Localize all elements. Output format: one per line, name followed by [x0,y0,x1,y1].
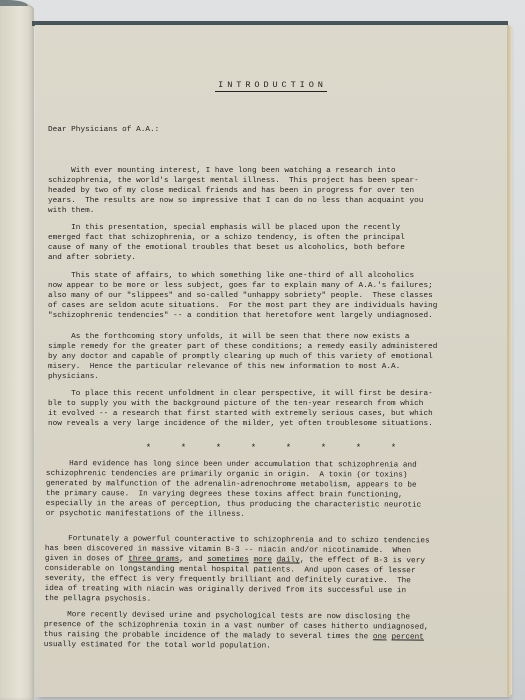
document-page: INTRODUCTION Dear Physicians of A.A.: Wi… [35,25,507,697]
paragraph: Fortunately a powerful counteractive to … [45,534,485,607]
separator-star: * [271,443,306,453]
paragraph: More recently devised urine and psycholo… [44,610,484,653]
paragraph: As the forthcoming story unfolds, it wil… [48,332,488,382]
separator-star: * [236,443,271,453]
paragraph: To place this recent unfoldment in clear… [48,389,488,429]
page-title: INTRODUCTION [35,80,507,90]
separator-star: * [341,443,376,453]
underlined-text: daily [277,557,300,565]
paragraph: With ever mounting interest, I have long… [48,166,488,216]
salutation: Dear Physicians of A.A.: [48,125,488,135]
separator-star: * [376,443,411,453]
separator-star: * [131,443,166,453]
paragraph: Hard evidence has long since been under … [46,459,486,521]
underlined-text: percent [391,634,424,642]
paragraph: In this presentation, special emphasis w… [48,223,488,263]
underlined-text: more [253,556,272,564]
section-separator: ******** [35,443,507,453]
separator-star: * [166,443,201,453]
previous-page-edge [0,0,34,700]
underlined-text: one [373,633,387,641]
separator-star: * [306,443,341,453]
underlined-text: sometimes [207,556,249,564]
underlined-text: three grams [128,556,179,564]
separator-star: * [201,443,236,453]
page-title-text: INTRODUCTION [215,80,327,92]
paragraph: This state of affairs, to which somethin… [48,271,488,321]
